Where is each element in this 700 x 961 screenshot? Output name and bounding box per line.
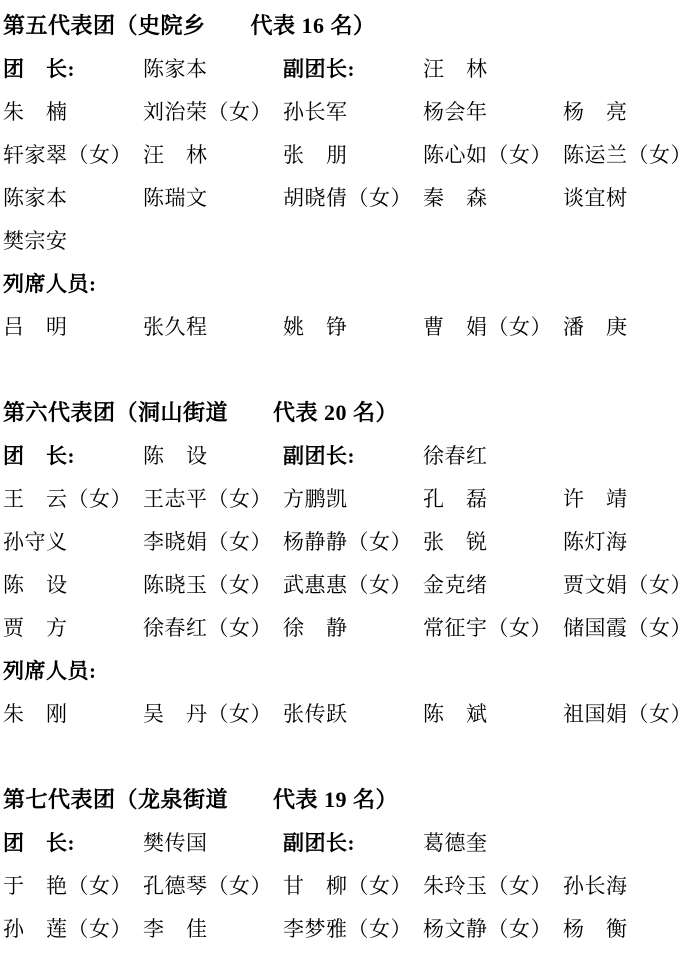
section-gap — [3, 347, 700, 390]
deputy-leader-label: 副团长: — [283, 827, 423, 857]
deputy-leader-name: 汪 林 — [423, 53, 563, 83]
deputy-leader-name: 葛德奎 — [423, 827, 563, 857]
deputy-leader-label: 副团长: — [283, 53, 423, 83]
delegate-row: 于 艳（女） 孔德琴（女） 甘 柳（女） 朱玲玉（女） 孙长海 — [3, 863, 700, 906]
observer-name: 张传跃 — [283, 698, 423, 728]
delegate-name: 杨会年 — [423, 96, 563, 126]
delegate-name: 孔 磊 — [423, 483, 563, 513]
delegate-name: 杨 亮 — [563, 96, 700, 126]
delegate-name: 杨文静（女） — [423, 913, 563, 943]
observer-name: 陈 斌 — [423, 698, 563, 728]
delegate-name: 王志平（女） — [143, 483, 283, 513]
delegate-name: 陈晓玉（女） — [143, 569, 283, 599]
observers-label: 列席人员: — [3, 261, 700, 304]
delegate-name: 孙 莲（女） — [3, 913, 143, 943]
delegate-name: 常征宇（女） — [423, 612, 563, 642]
head-leader-name: 陈 设 — [143, 440, 283, 470]
delegate-name: 王 云（女） — [3, 483, 143, 513]
head-leader-name: 陈家本 — [143, 53, 283, 83]
delegate-name: 方鹏凯 — [283, 483, 423, 513]
delegate-name: 陈瑞文 — [143, 182, 283, 212]
observer-name: 潘 庚 — [563, 311, 700, 341]
delegate-name: 陈心如（女） — [423, 139, 563, 169]
delegate-name: 陈 设 — [3, 569, 143, 599]
delegate-name: 杨 衡 — [563, 913, 700, 943]
document-page: 第五代表团（史院乡 代表 16 名） 团 长: 陈家本 副团长: 汪 林 朱 楠… — [0, 0, 700, 961]
delegate-name: 张 锐 — [423, 526, 563, 556]
section-title: 第七代表团（龙泉街道 代表 19 名） — [3, 777, 700, 820]
delegate-row: 陈家本 陈瑞文 胡晓倩（女） 秦 森 谈宜树 — [3, 175, 700, 218]
delegate-name: 秦 森 — [423, 182, 563, 212]
delegate-name: 陈灯海 — [563, 526, 700, 556]
observer-name: 姚 铮 — [283, 311, 423, 341]
delegate-name: 朱 楠 — [3, 96, 143, 126]
delegate-name: 孙长军 — [283, 96, 423, 126]
delegate-row: 朱 楠 刘治荣（女） 孙长军 杨会年 杨 亮 — [3, 89, 700, 132]
delegate-row: 陈 设 陈晓玉（女） 武惠惠（女） 金克绪 贾文娟（女） — [3, 562, 700, 605]
deputy-leader-name: 徐春红 — [423, 440, 563, 470]
delegate-row: 孙 莲（女） 李 佳 李梦雅（女） 杨文静（女） 杨 衡 — [3, 906, 700, 949]
leaders-row: 团 长: 樊传国 副团长: 葛德奎 — [3, 820, 700, 863]
delegate-name: 孔德琴（女） — [143, 870, 283, 900]
observer-name: 祖国娟（女） — [563, 698, 700, 728]
observers-label: 列席人员: — [3, 648, 700, 691]
observer-name: 曹 娟（女） — [423, 311, 563, 341]
delegate-name: 徐春红（女） — [143, 612, 283, 642]
observer-name: 朱 刚 — [3, 698, 143, 728]
delegate-name: 武惠惠（女） — [283, 569, 423, 599]
delegate-name: 贾 方 — [3, 612, 143, 642]
section-title: 第六代表团（洞山街道 代表 20 名） — [3, 390, 700, 433]
delegate-name: 谈宜树 — [563, 182, 700, 212]
leaders-row: 团 长: 陈家本 副团长: 汪 林 — [3, 46, 700, 89]
delegate-name: 许 靖 — [563, 483, 700, 513]
delegate-name: 孙长海 — [563, 870, 700, 900]
leaders-row: 团 长: 陈 设 副团长: 徐春红 — [3, 433, 700, 476]
delegation-section-6: 第六代表团（洞山街道 代表 20 名） 团 长: 陈 设 副团长: 徐春红 王 … — [3, 390, 700, 734]
head-leader-name: 樊传国 — [143, 827, 283, 857]
delegate-name: 甘 柳（女） — [283, 870, 423, 900]
delegate-name: 金克绪 — [423, 569, 563, 599]
delegate-name: 孙守义 — [3, 526, 143, 556]
observer-row: 吕 明 张久程 姚 铮 曹 娟（女） 潘 庚 — [3, 304, 700, 347]
delegate-name: 李晓娟（女） — [143, 526, 283, 556]
delegate-name: 贾文娟（女） — [563, 569, 700, 599]
delegation-section-7: 第七代表团（龙泉街道 代表 19 名） 团 长: 樊传国 副团长: 葛德奎 于 … — [3, 777, 700, 949]
observer-name: 张久程 — [143, 311, 283, 341]
section-gap — [3, 734, 700, 777]
delegate-name: 陈运兰（女） — [563, 139, 700, 169]
delegate-row: 樊宗安 — [3, 218, 700, 261]
delegate-row: 贾 方 徐春红（女） 徐 静 常征宇（女） 储国霞（女） — [3, 605, 700, 648]
delegate-row: 轩家翠（女） 汪 林 张 朋 陈心如（女） 陈运兰（女） — [3, 132, 700, 175]
delegate-name: 徐 静 — [283, 612, 423, 642]
observer-name: 吴 丹（女） — [143, 698, 283, 728]
delegation-section-5: 第五代表团（史院乡 代表 16 名） 团 长: 陈家本 副团长: 汪 林 朱 楠… — [3, 3, 700, 347]
delegate-name: 刘治荣（女） — [143, 96, 283, 126]
delegate-name: 于 艳（女） — [3, 870, 143, 900]
observer-row: 朱 刚 吴 丹（女） 张传跃 陈 斌 祖国娟（女） — [3, 691, 700, 734]
head-leader-label: 团 长: — [3, 440, 143, 470]
observer-name: 吕 明 — [3, 311, 143, 341]
delegate-name: 樊宗安 — [3, 225, 143, 255]
head-leader-label: 团 长: — [3, 827, 143, 857]
delegate-name: 轩家翠（女） — [3, 139, 143, 169]
head-leader-label: 团 长: — [3, 53, 143, 83]
delegate-name: 李梦雅（女） — [283, 913, 423, 943]
delegate-row: 王 云（女） 王志平（女） 方鹏凯 孔 磊 许 靖 — [3, 476, 700, 519]
delegate-name: 胡晓倩（女） — [283, 182, 423, 212]
section-title: 第五代表团（史院乡 代表 16 名） — [3, 3, 700, 46]
delegate-name: 朱玲玉（女） — [423, 870, 563, 900]
delegate-name: 李 佳 — [143, 913, 283, 943]
delegate-name: 汪 林 — [143, 139, 283, 169]
delegate-name: 杨静静（女） — [283, 526, 423, 556]
delegate-row: 孙守义 李晓娟（女） 杨静静（女） 张 锐 陈灯海 — [3, 519, 700, 562]
delegate-name: 张 朋 — [283, 139, 423, 169]
delegate-name: 储国霞（女） — [563, 612, 700, 642]
delegate-name: 陈家本 — [3, 182, 143, 212]
deputy-leader-label: 副团长: — [283, 440, 423, 470]
